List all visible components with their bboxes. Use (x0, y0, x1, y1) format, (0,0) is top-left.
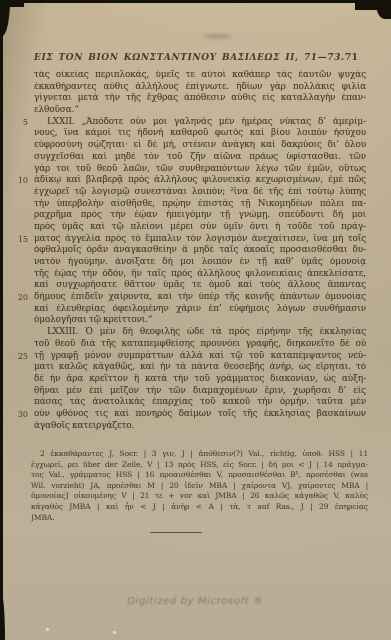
text-line: εὐφροσύνη σῴζηται· εἰ δὲ μή, στένειν ἀνά… (34, 140, 366, 152)
line-text: ραχρῆμα πρὸς τὴν ἑῴαν ἠπειγόμην τῇ γνώμῃ… (34, 210, 366, 222)
apparatus-line: 2 ἐκκαθάραντες J, Socr. | 3 γιν, J | ἀπό… (31, 449, 368, 460)
line-number: 10 (7, 175, 28, 187)
line-text: LXXIII. Ὁ μὲν δὴ θεοφιλὴς ὧδε τὰ πρὸς εἰ… (34, 327, 366, 339)
line-text: οὖν φθόνος τις καὶ πονηρὸς δαίμων τοῖς τ… (34, 409, 366, 421)
apparatus-line: τος Val., γράμματος HSS | 16 προαισθέσθα… (31, 470, 368, 481)
text-line: γίγνεται μετὰ τὴν τῆς ἔχθρας ἀπόθεσιν αὖ… (34, 93, 366, 105)
line-number: 20 (7, 292, 28, 304)
text-line: τὰς οἰκείας περιπλοκάς, ὑμεῖς τε αὐτοὶ κ… (34, 70, 366, 82)
text-line: ἐκκαθήραντες αὖθις ἀλλήλους ἐπίγνωτε. ἡδ… (34, 82, 366, 94)
page-header: ΕΙΣ ΤΟΝ ΒΙΟΝ ΚΩΝΣΤΑΝΤΙΝΟΥ ΒΑΣΙΛΕΩΣ II, 7… (34, 52, 366, 63)
line-text: ὀφθαλμοῖς ὁρᾶν ἀναγκασθείην ἃ μηδὲ ταῖς … (34, 245, 366, 257)
text-line: δὲ ἦν ἄρα κρεῖττον ἢ κατὰ τὴν τοῦ γράμμα… (34, 374, 366, 386)
text-line: τοῦ θεοῦ διὰ τῆς καταπεμφθείσης προυνόει… (34, 339, 366, 351)
line-text: ματι καλῶς κἀγαθῶς, καὶ ἦν τὰ πάντα θεοσ… (34, 362, 366, 374)
text-line: γάρ τοι τοῦ θεοῦ λαῶν, τῶν συνθεραπόντων… (34, 164, 366, 176)
text-line: ραχρῆμα πρὸς τὴν ἑῴαν ἠπειγόμην τῇ γνώμῃ… (34, 210, 366, 222)
text-line: 15 ματος ἀγγελία πρὸς τὸ ἔμπαλιν τὸν λογ… (34, 234, 366, 246)
line-text: καὶ ἐλευθερίας ὀφειλομένην χάριν ἐπ’ εὐφ… (34, 304, 366, 316)
text-line: ὀφθαλμοῖς ὁρᾶν ἀναγκασθείην ἃ μηδὲ ταῖς … (34, 245, 366, 257)
line-text: LXXII. „Ἀπόδοτε οὖν μοι γαληνὰς μὲν ἡμέρ… (34, 117, 366, 129)
line-text: ἐκκαθήραντες αὖθις ἀλλήλους ἐπίγνωτε. ἡδ… (34, 82, 366, 94)
line-text: καὶ συγχωρήσατε θᾶττον ὑμᾶς τε ὁμοῦ καὶ … (34, 280, 366, 292)
text-line: 30 οὖν φθόνος τις καὶ πονηρὸς δαίμων τοῖ… (34, 409, 366, 421)
apparatus-line: κἀγαθὸς JMBA | καὶ ἦν < J | ἀνὴρ < A | τ… (31, 502, 368, 513)
scan-speck (46, 628, 49, 631)
scan-edge-top (0, 0, 391, 3)
text-line: καὶ συγχωρήσατε θᾶττον ὑμᾶς τε ὁμοῦ καὶ … (34, 280, 366, 292)
line-text: ματος ἀγγελία πρὸς τὸ ἔμπαλιν τὸν λογισμ… (34, 234, 366, 246)
line-text: νατὸν ἡγούμην. ἀνοίξατε δή μοι λοιπὸν ἐν… (34, 257, 366, 269)
apparatus-line: ἐγχωρεῖ, ρει über der Zeile, V | 13 πρὸς… (31, 460, 368, 471)
line-text: ὁμολογῆσαι τῷ κρείττονι.“ (34, 315, 366, 327)
text-line: ὁμολογῆσαι τῷ κρείττονι.“ (34, 315, 366, 327)
scan-edge-top-right-notch (376, 0, 391, 19)
line-text: ελθοῦσα.“ (34, 105, 366, 117)
text-line: πρὸς ὑμᾶς καὶ τῷ πλείονι μέρει σὺν ὑμῖν … (34, 222, 366, 234)
greek-text-body: τὰς οἰκείας περιπλοκάς, ὑμεῖς τε αὐτοὶ κ… (34, 70, 366, 432)
book-page-scan: ΕΙΣ ΤΟΝ ΒΙΟΝ ΚΩΝΣΤΑΝΤΙΝΟΥ ΒΑΣΙΛΕΩΣ II, 7… (0, 0, 391, 640)
apparatus-line: JMBA. (31, 513, 368, 524)
line-text: νους, ἵνα κἀμοί τις ἡδονὴ καθαροῦ φωτὸς … (34, 128, 366, 140)
text-line: θῆναι μὲν ἐπὶ μεῖζον τὴν τῶν διαμαχομένω… (34, 386, 366, 398)
text-line: ματι καλῶς κἀγαθῶς, καὶ ἦν τὰ πάντα θεοσ… (34, 362, 366, 374)
text-line: τὴν ὑπερβολὴν αἰσθῆσθε, πρῴην ἐπιστὰς τῇ… (34, 199, 366, 211)
line-number: 30 (7, 409, 28, 421)
line-text: τῇ γραφῇ μόνον συμπράττων ἀλλὰ καὶ τῷ το… (34, 351, 366, 363)
footer-rule (150, 532, 202, 533)
text-line: 5 LXXII. „Ἀπόδοτε οὖν μοι γαληνὰς μὲν ἡμ… (34, 117, 366, 129)
line-text: ἀγαθοῖς κατειργάζετο. (34, 421, 366, 433)
scan-smudge (204, 34, 232, 39)
line-text: τὰς οἰκείας περιπλοκάς, ὑμεῖς τε αὐτοὶ κ… (34, 70, 366, 82)
apparatus-line: ὁμονοίας] οἰκουμένης V | 21 τε + vor καὶ… (31, 491, 368, 502)
line-text: δήμους ἐπιδεῖν χαίροντα, καὶ τὴν ὑπὲρ τῆ… (34, 292, 366, 304)
scan-edge-left (0, 0, 3, 640)
line-text: τοῦ θεοῦ διὰ τῆς καταπεμφθείσης προυνόει… (34, 339, 366, 351)
text-line: ἀγαθοῖς κατειργάζετο. (34, 421, 366, 433)
text-line: νατὸν ἡγούμην. ἀνοίξατε δή μοι λοιπὸν ἐν… (34, 257, 366, 269)
line-text: γάρ τοι τοῦ θεοῦ λαῶν, τῶν συνθεραπόντων… (34, 164, 366, 176)
text-line: 20 δήμους ἐπιδεῖν χαίροντα, καὶ τὴν ὑπὲρ… (34, 292, 366, 304)
text-line: 25 τῇ γραφῇ μόνον συμπράττων ἀλλὰ καὶ τῷ… (34, 351, 366, 363)
text-line: ελθοῦσα.“ (34, 105, 366, 117)
line-number: 5 (7, 117, 28, 129)
critical-apparatus: 2 ἐκκαθάραντες J, Socr. | 3 γιν, J | ἀπό… (31, 449, 368, 523)
page-number: 71 (345, 52, 371, 63)
running-title: ΕΙΣ ΤΟΝ ΒΙΟΝ ΚΩΝΣΤΑΝΤΙΝΟΥ ΒΑΣΙΛΕΩΣ II, 7… (34, 53, 345, 63)
line-text: γίγνεται μετὰ τὴν τῆς ἔχθρας ἀπόθεσιν αὖ… (34, 93, 366, 105)
text-line: νους, ἵνα κἀμοί τις ἡδονὴ καθαροῦ φωτὸς … (34, 128, 366, 140)
line-text: τῆς ἑῴας τὴν ὁδόν, ἣν ταῖς πρὸς ἀλλήλους… (34, 269, 366, 281)
text-line: ἐγχωρεῖ τῷ λογισμῷ συνεστάναι λοιπόν; ²ἵ… (34, 187, 366, 199)
line-number: 15 (7, 234, 28, 246)
text-line: 10 ἀδίκῳ καὶ βλαβερᾷ πρὸς ἀλλήλους φιλον… (34, 175, 366, 187)
line-number: 25 (7, 351, 28, 363)
line-text: θῆναι μὲν ἐπὶ μεῖζον τὴν τῶν διαμαχομένω… (34, 386, 366, 398)
line-text: ἐγχωρεῖ τῷ λογισμῷ συνεστάναι λοιπόν; ²ἵ… (34, 187, 366, 199)
line-text: συγχεῖσθαι καὶ μηδὲ τὸν τοῦ ζῆν αἰῶνα πρ… (34, 152, 366, 164)
line-text: δὲ ἦν ἄρα κρεῖττον ἢ κατὰ τὴν τοῦ γράμμα… (34, 374, 366, 386)
line-text: πρὸς ὑμᾶς καὶ τῷ πλείονι μέρει σὺν ὑμῖν … (34, 222, 366, 234)
line-text: ἀδίκῳ καὶ βλαβερᾷ πρὸς ἀλλήλους φιλονεικ… (34, 175, 366, 187)
text-line: τῆς ἑῴας τὴν ὁδόν, ἣν ταῖς πρὸς ἀλλήλους… (34, 269, 366, 281)
line-text: τὴν ὑπερβολὴν αἰσθῆσθε, πρῴην ἐπιστὰς τῇ… (34, 199, 366, 211)
line-text: εὐφροσύνη σῴζηται· εἰ δὲ μή, στένειν ἀνά… (34, 140, 366, 152)
text-line: πάσας τὰς ἀνατολικὰς ἐπαρχίας τοῦ κακοῦ … (34, 397, 366, 409)
text-line: LXXIII. Ὁ μὲν δὴ θεοφιλὴς ὧδε τὰ πρὸς εἰ… (34, 327, 366, 339)
text-line: συγχεῖσθαι καὶ μηδὲ τὸν τοῦ ζῆν αἰῶνα πρ… (34, 152, 366, 164)
apparatus-line: Wil. vorzieht) JA, προέσθαι M | 20 ἰδεῖν… (31, 481, 368, 492)
scan-speck (113, 631, 116, 634)
line-text: πάσας τὰς ἀνατολικὰς ἐπαρχίας τοῦ κακοῦ … (34, 397, 366, 409)
text-line: καὶ ἐλευθερίας ὀφειλομένην χάριν ἐπ’ εὐφ… (34, 304, 366, 316)
digitization-watermark: Digitized by Microsoft ® (0, 596, 391, 607)
